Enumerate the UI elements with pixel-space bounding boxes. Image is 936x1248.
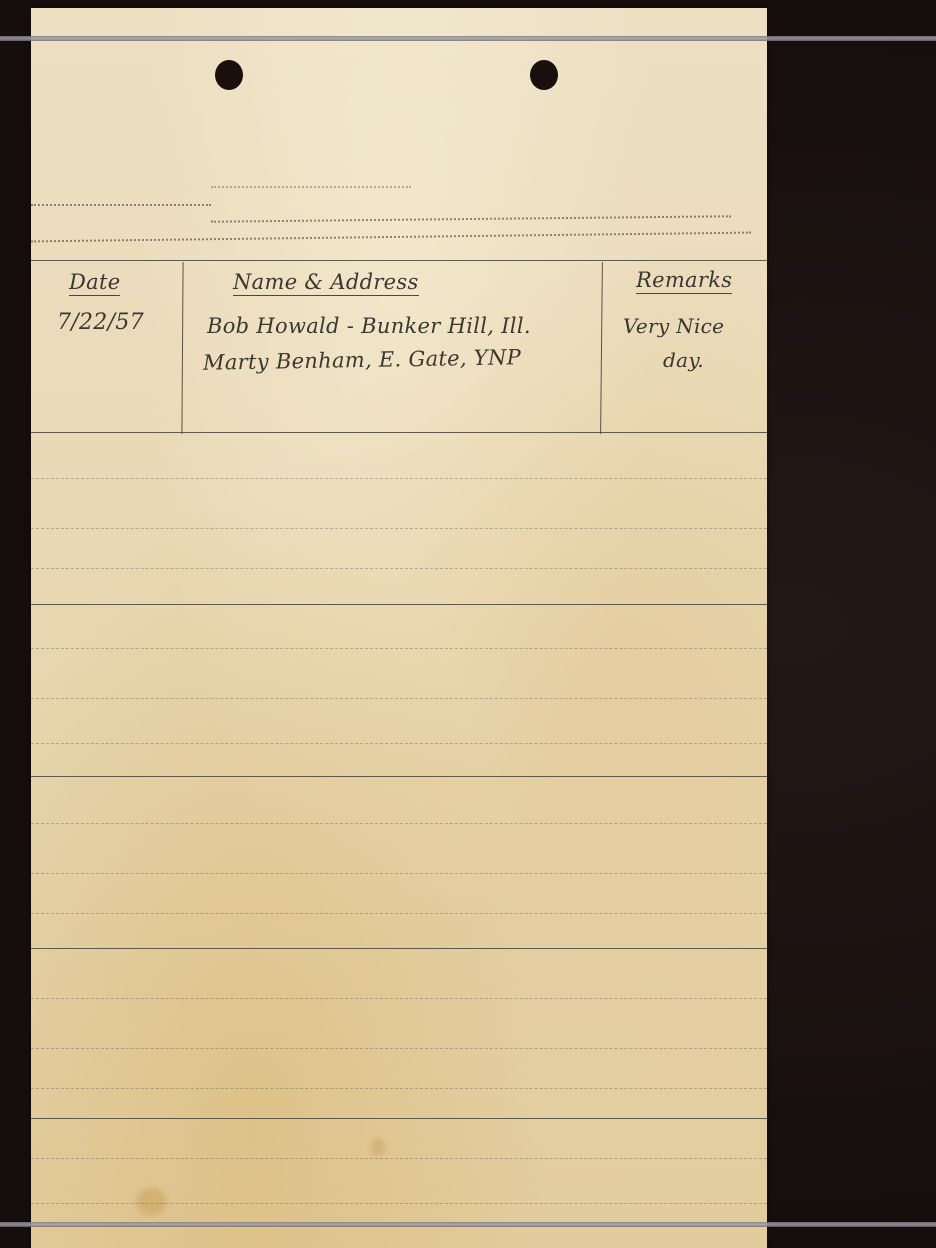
remarks-column-header: Remarks xyxy=(636,268,732,294)
bleed-through-line xyxy=(31,232,751,243)
name-address-column-header: Name & Address xyxy=(233,270,419,296)
entry-name-1: Bob Howald - Bunker Hill, Ill. xyxy=(207,314,531,338)
guide-line xyxy=(31,528,767,529)
guide-line xyxy=(31,1158,767,1159)
guide-line xyxy=(31,998,767,999)
table-top-rule xyxy=(31,260,767,261)
guide-line xyxy=(31,478,767,479)
entry-date: 7/22/57 xyxy=(57,310,144,335)
guide-line xyxy=(31,823,767,824)
punch-hole-right xyxy=(530,60,558,90)
row-rule xyxy=(31,1118,767,1119)
date-column-header: Date xyxy=(69,270,120,296)
clip-wire-top xyxy=(0,36,936,41)
bleed-through-line xyxy=(211,186,411,188)
register-page: Date Name & Address Remarks 7/22/57 Bob … xyxy=(31,8,767,1248)
clip-wire-bottom xyxy=(0,1222,936,1227)
row-rule xyxy=(31,432,767,433)
guide-line xyxy=(31,648,767,649)
guide-line xyxy=(31,1048,767,1049)
remarks-column-divider xyxy=(600,262,603,434)
row-rule xyxy=(31,604,767,605)
entry-remarks-line-1: Very Nice xyxy=(623,314,724,338)
guide-line xyxy=(31,873,767,874)
entry-name-2: Marty Benham, E. Gate, YNP xyxy=(203,345,521,375)
row-rule xyxy=(31,948,767,949)
age-stain xyxy=(371,1138,385,1156)
age-stain xyxy=(136,1188,166,1216)
row-rule xyxy=(31,776,767,777)
guide-line xyxy=(31,743,767,744)
entry-remarks-line-2: day. xyxy=(663,348,704,372)
guide-line xyxy=(31,913,767,914)
guide-line xyxy=(31,568,767,569)
guide-line xyxy=(31,1088,767,1089)
bleed-through-line xyxy=(31,204,211,206)
guide-line xyxy=(31,698,767,699)
bleed-through-line xyxy=(211,215,731,222)
punch-hole-left xyxy=(215,60,243,90)
date-column-divider xyxy=(181,262,183,434)
